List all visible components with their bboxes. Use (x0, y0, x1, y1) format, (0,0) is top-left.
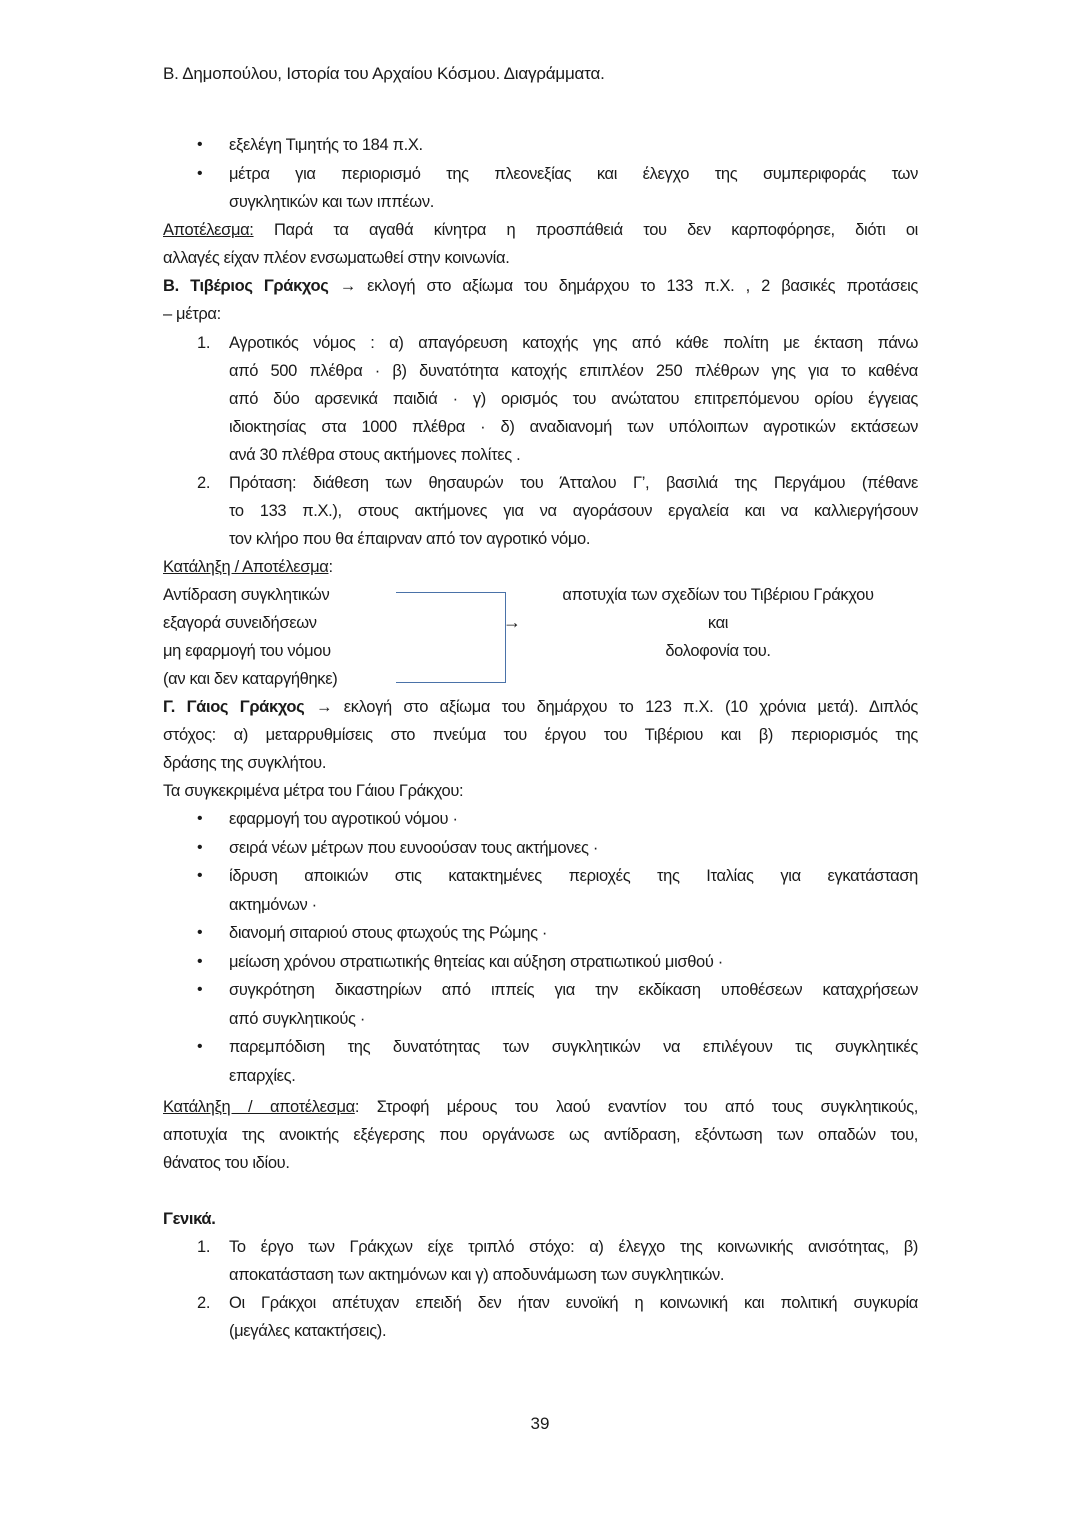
gaius-text: στόχος: α) μεταρρυθμίσεις στο πνεύμα του… (163, 721, 918, 749)
outcome-colon: : (328, 558, 332, 576)
cause-item: εξαγορά συνειδήσεων (163, 609, 393, 637)
result-text: Παρά τα αγαθά κίνητρα η προσπάθειά του δ… (254, 221, 918, 239)
effect-item: και (518, 609, 918, 637)
bullet-text: εξελέγη Τιμητής το 184 π.Χ. (229, 131, 423, 159)
tiberius-heading: Β. Τιβέριος Γράκχος → εκλογή στο αξίωμα … (163, 272, 918, 300)
bullet-text: ίδρυση αποικιών στις κατακτημένες περιοχ… (229, 862, 918, 890)
general-heading: Γενικά. (163, 1205, 918, 1233)
bullet-icon: • (197, 948, 202, 976)
cause-item: (αν και δεν καταργήθηκε) (163, 665, 393, 693)
general-text: αποκατάσταση των ακτημόνων και γ) αποδυν… (229, 1261, 918, 1289)
list-number: 1. (197, 329, 210, 357)
outcome-label: Κατάληξη / αποτέλεσμα (163, 1098, 355, 1116)
bullet-icon: • (197, 862, 202, 890)
measure-text: ανά 30 πλέθρα στους ακτήμονες πολίτες . (229, 441, 918, 469)
result-paragraph: Αποτέλεσμα: Παρά τα αγαθά κίνητρα η προσ… (163, 216, 918, 244)
result-text: αλλαγές είχαν πλέον ενσωματωθεί στην κοι… (163, 244, 918, 272)
effect-item: δολοφονία του. (518, 637, 918, 665)
tiberius-text: – μέτρα: (163, 300, 918, 328)
bullet-text: διανομή σιταριού στους φτωχούς της Ρώμης… (229, 919, 918, 947)
result-label: Αποτέλεσμα: (163, 221, 254, 239)
general-text: Το έργο των Γράκχων είχε τριπλό στόχο: α… (229, 1233, 918, 1261)
effect-item: αποτυχία των σχεδίων του Τιβέριου Γράκχο… (518, 581, 918, 609)
list-number: 2. (197, 469, 210, 497)
bullet-text: συγκρότηση δικαστηρίων από ιππείς για τη… (229, 976, 918, 1004)
page-number: 39 (0, 1414, 1080, 1434)
running-header: Β. Δημοπούλου, Ιστορία του Αρχαίου Κόσμο… (163, 60, 918, 88)
gaius-outcome: Κατάληξη / αποτέλεσμα: Στροφή μέρους του… (163, 1093, 918, 1121)
bullet-text: επαρχίες. (229, 1062, 918, 1090)
measure-text: από 500 πλέθρα · β) δυνατότητα κατοχής ε… (229, 357, 918, 385)
bullet-icon: • (197, 834, 202, 862)
bullet-text: από συγκλητικούς · (229, 1005, 918, 1033)
measure-text: Αγροτικός νόμος : α) απαγόρευση κατοχής … (229, 329, 918, 357)
outcome-heading: Κατάληξη / Αποτέλεσμα: (163, 553, 918, 581)
bullet-text: παρεμπόδιση της δυνατότητας των συγκλητι… (229, 1033, 918, 1061)
bullet-icon: • (197, 976, 202, 1004)
gaius-text: δράσης της συγκλήτου. (163, 749, 918, 777)
bullet-text: συγκλητικών και των ιππέων. (229, 188, 918, 216)
list-number: 1. (197, 1233, 210, 1261)
gaius-heading: Γ. Γάιος Γράκχος → εκλογή στο αξίωμα του… (163, 693, 918, 721)
bullet-icon: • (197, 1033, 202, 1061)
bullet-text: μέτρα για περιορισμό της πλεονεξίας και … (229, 160, 918, 188)
arrow-icon: → (340, 277, 356, 295)
general-text: (μεγάλες κατακτήσεις). (229, 1317, 918, 1345)
outcome-text: : Στροφή μέρους του λαού εναντίον του απ… (355, 1098, 918, 1116)
bullet-icon: • (197, 805, 202, 833)
bullet-text: μείωση χρόνου στρατιωτικής θητείας και α… (229, 948, 918, 976)
list-number: 2. (197, 1289, 210, 1317)
measure-text: το 133 π.Χ.), στους ακτήμονες για να αγο… (229, 497, 918, 525)
gaius-name: Γ. Γάιος Γράκχος (163, 698, 304, 716)
outcome-text: θάνατος του ιδίου. (163, 1149, 918, 1177)
measure-text: Πρόταση: διάθεση των θησαυρών του Άτταλο… (229, 469, 918, 497)
gaius-text: εκλογή στο αξίωμα του δημάρχου το 123 π.… (332, 698, 918, 716)
general-title: Γενικά. (163, 1210, 215, 1228)
bullet-text: σειρά νέων μέτρων που ευνοούσαν τους ακτ… (229, 834, 918, 862)
bullet-icon: • (197, 160, 202, 188)
measure-text: τον κλήρο που θα έπαιρναν από τον αγροτι… (229, 525, 918, 553)
bullet-icon: • (197, 919, 202, 947)
tiberius-text: εκλογή στο αξίωμα του δημάρχου το 133 π.… (356, 277, 918, 295)
general-text: Οι Γράκχοι απέτυχαν επειδή δεν ήταν ευνο… (229, 1289, 918, 1317)
diagram-bracket (396, 592, 506, 683)
bullet-text: εφαρμογή του αγροτικού νόμου · (229, 805, 918, 833)
outcome-text: αποτυχία της ανοικτής εξέγερσης που οργά… (163, 1121, 918, 1149)
outcome-label: Κατάληξη / Αποτέλεσμα (163, 558, 328, 576)
measure-text: από δύο αρσενικά παιδιά · γ) ορισμός του… (229, 385, 918, 413)
bullet-text: ακτημόνων · (229, 891, 918, 919)
measure-text: ιδιοκτησίας στα 1000 πλέθρα · δ) αναδιαν… (229, 413, 918, 441)
tiberius-name: Β. Τιβέριος Γράκχος (163, 277, 328, 295)
gaius-measures-intro: Τα συγκεκριμένα μέτρα του Γάιου Γράκχου: (163, 777, 918, 805)
bullet-icon: • (197, 131, 202, 159)
cause-item: Αντίδραση συγκλητικών (163, 581, 393, 609)
arrow-icon: → (316, 698, 332, 716)
cause-item: μη εφαρμογή του νόμου (163, 637, 393, 665)
